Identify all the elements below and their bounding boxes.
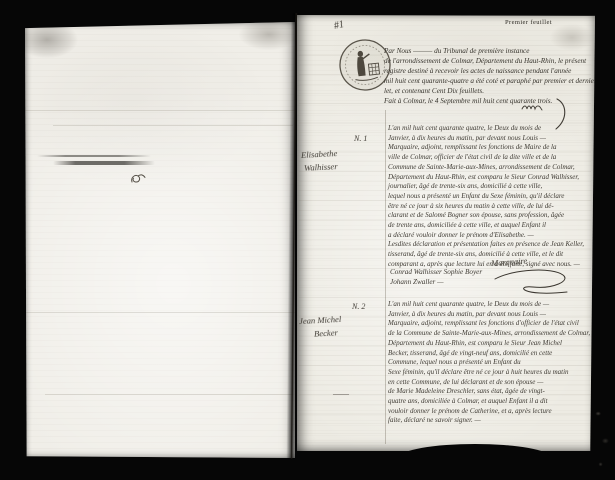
act2-margin-name: Becker [314,327,338,338]
handwritten-line: mil huit cent quarante-quatre a été coté… [384,77,594,87]
folio-number-mark: #1 [333,19,345,32]
act1-body-text: L'an mil huit cent quarante quatre, le D… [388,124,594,270]
handwritten-line: Commune, lequel nous a présenté un Enfan… [388,358,594,368]
handwritten-line: Département du Haut-Rhin, est comparu le… [388,339,594,349]
ink-streak [37,155,151,157]
act1-official-signature: Marquaire [491,255,577,303]
scan-streak [25,110,295,111]
act2-margin-dash: —— [333,389,371,398]
printed-folio-label: Premier feuillet [505,19,552,26]
act2-margin-name: Jean Michel [299,314,342,326]
act1-margin-name: Elisabethe [301,148,338,160]
scan-streak [53,125,293,126]
act2-margin-number: N. 2 [352,302,365,311]
handwritten-line: Becker, tisserand, âgé de vingt-neuf ans… [388,349,594,359]
handwritten-line: de la Commune de Sainte-Marie-aux-Mines,… [388,329,594,339]
handwritten-line: let, et contenant Cent Dix feuillets. [384,87,594,97]
signature-flourish-icon [491,265,577,301]
handwritten-line: clarant et de Salomé Bogner son épouse, … [388,211,594,221]
corner-smudge [237,20,295,56]
handwritten-line: quatre ans, domiciliée à Colmar, et auqu… [388,397,594,407]
handwritten-line: Marquaire, adjoint, remplissant les fonc… [388,319,594,329]
handwritten-line: L'an mil huit cent quarante quatre, le D… [388,124,594,134]
handwritten-line: vouloir donner le prénom de Catherine, e… [388,407,594,417]
handwritten-line: ville de Colmar, officier de l'état civi… [388,153,594,163]
handwritten-line: Lesdites déclaration et présentation fai… [388,240,594,250]
handwritten-line: Janvier, à dix heures du matin, par deva… [388,310,594,320]
act1-margin-name: Walhisser [304,161,338,173]
handwritten-line: journalier, âgé de trente-six ans, domic… [388,182,594,192]
act1-witness-signatures: Johann Zwaller — [390,278,444,286]
handwritten-line: registre destiné à recevoir les actes de… [384,67,594,77]
handwritten-line: faite, déclaré ne savoir signer. — [388,416,594,426]
left-page-blank [25,22,295,458]
margin-rule [385,110,386,444]
handwritten-line: Janvier, à dix heures du matin, par deva… [388,134,594,144]
right-page-register: Premier feuillet #1 Par Nous ——— du Trib… [297,15,595,451]
handwritten-line: de Marie Madeleine Dreschler, sans état,… [388,387,594,397]
act2-body-text: L'an mil huit cent quarante quatre, le D… [388,300,594,426]
handwritten-line: de trente ans, domiciliée à cette ville,… [388,221,594,231]
handwritten-line: de l'arrondissement de Colmar, Départeme… [384,57,594,67]
act1-margin-number: N. 1 [354,134,367,143]
scan-streak [45,394,293,395]
handwritten-line: a déclaré vouloir donner le prénom d'Eli… [388,231,594,241]
corner-smudge [25,22,83,64]
handwritten-line: Département du Haut-Rhin, est comparu le… [388,173,594,183]
scanner-speckles [591,398,615,476]
ink-streak [53,161,155,165]
handwritten-line: en cette Commune, de lui déclarant et de… [388,378,594,388]
handwritten-line: Par Nous ——— du Tribunal de première ins… [384,47,594,57]
scanned-register-spread: Premier feuillet #1 Par Nous ——— du Trib… [0,0,615,480]
handwritten-line: Commune de Sainte-Marie-aux-Mines, arron… [388,163,594,173]
handwritten-line: L'an mil huit cent quarante quatre, le D… [388,300,594,310]
handwritten-line: lequel nous a présenté un Enfant du Sexe… [388,192,594,202]
handwritten-line: Marquaire, adjoint, remplissant les fonc… [388,143,594,153]
ink-squiggle-icon [129,172,147,187]
handwritten-line: Sexe féminin, qu'il déclare être né ce j… [388,368,594,378]
handwritten-line: être né ce jour à six heures du matin à … [388,202,594,212]
scan-streak [25,312,295,313]
act1-witness-signatures: Conrad Walhisser Sophie Boyer [390,268,482,276]
